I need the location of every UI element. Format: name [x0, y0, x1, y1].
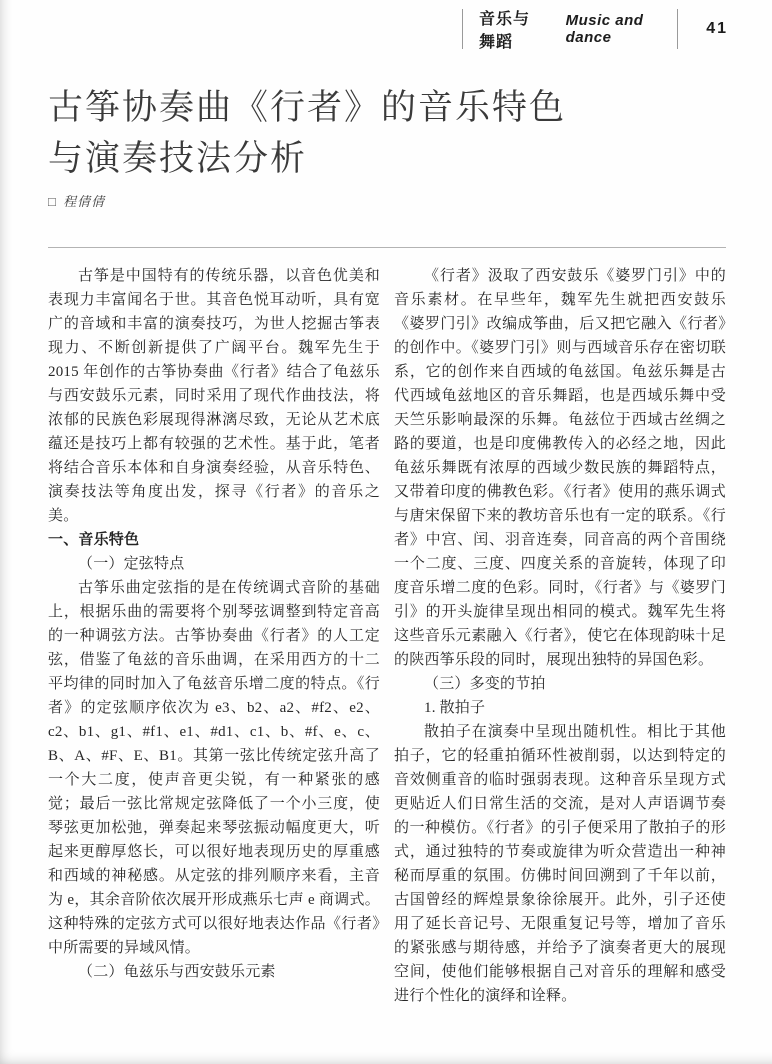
- subsection-heading-1-3: （三）多变的节拍: [394, 672, 726, 696]
- paragraph-intro: 古筝是中国特有的传统乐器，以音色优美和表现力丰富闻名于世。其音色悦耳动听，具有宽…: [48, 264, 380, 528]
- header-divider-right: [677, 9, 678, 49]
- paragraph-tuning: 古筝乐曲定弦指的是在传统调式音阶的基础上，根据乐曲的需要将个别琴弦调整到特定音高…: [48, 576, 380, 960]
- running-head: 音乐与舞蹈 Music and dance 41: [462, 8, 728, 50]
- subsection-heading-1-1: （一）定弦特点: [48, 552, 380, 576]
- title-divider-rule: [48, 247, 726, 248]
- article-title-line2: 与演奏技法分析: [48, 133, 688, 184]
- header-divider-left: [462, 9, 463, 49]
- journal-section-cn: 音乐与舞蹈: [479, 6, 544, 52]
- journal-section-en: Music and dance: [566, 12, 664, 46]
- paragraph-qiuci-elements: 《行者》汲取了西安鼓乐《婆罗门引》中的音乐素材。在早些年，魏军先生就把西安鼓乐《…: [394, 264, 726, 672]
- author-name: 程倩倩: [63, 194, 105, 209]
- subsection-heading-1-2: （二）龟兹乐与西安鼓乐元素: [48, 960, 380, 984]
- article-title: 古筝协奏曲《行者》的音乐特色 与演奏技法分析: [48, 82, 688, 184]
- author-marker-icon: □: [48, 194, 57, 209]
- page-number: 41: [706, 20, 728, 38]
- subsubsection-heading-free-meter: 1. 散拍子: [394, 696, 726, 720]
- article-body: 古筝是中国特有的传统乐器，以音色优美和表现力丰富闻名于世。其音色悦耳动听，具有宽…: [48, 264, 726, 1014]
- journal-page: 音乐与舞蹈 Music and dance 41 古筝协奏曲《行者》的音乐特色 …: [0, 0, 772, 1064]
- paragraph-free-meter: 散拍子在演奏中呈现出随机性。相比于其他拍子，它的轻重拍循环性被削弱，以达到特定的…: [394, 720, 726, 1008]
- author-line: □ 程倩倩: [48, 191, 105, 210]
- section-heading-1: 一、音乐特色: [48, 528, 380, 552]
- article-title-line1: 古筝协奏曲《行者》的音乐特色: [48, 82, 688, 133]
